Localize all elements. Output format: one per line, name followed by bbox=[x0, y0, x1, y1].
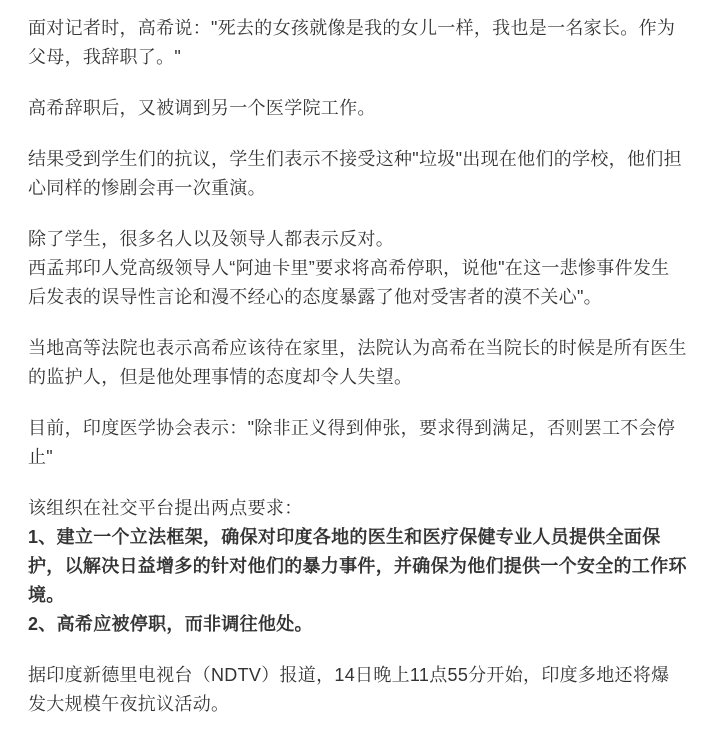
article-paragraph: 当地高等法院也表示高希应该待在家里，法院认为高希在当院长的时候是所有医生的监护人… bbox=[28, 334, 687, 392]
article-paragraph: 结果受到学生们的抗议，学生们表示不接受这种"垃圾"出现在他们的学校，他们担心同样… bbox=[28, 145, 687, 203]
article-paragraph: 高希辞职后，又被调到另一个医学院工作。 bbox=[28, 94, 687, 123]
demand-list-item: 2、高希应被停职，而非调往他处。 bbox=[28, 610, 687, 639]
demand-list-item: 1、建立一个立法框架，确保对印度各地的医生和医疗保健专业人员提供全面保护，以解决… bbox=[28, 523, 687, 610]
paragraph-list: 面对记者时，高希说："死去的女孩就像是我的女儿一样，我也是一名家长。作为父母，我… bbox=[28, 14, 687, 719]
article-paragraph: 除了学生，很多名人以及领导人都表示反对。 bbox=[28, 225, 687, 254]
article-paragraph: 西孟邦印人党高级领导人“阿迪卡里”要求将高希停职，说他"在这一悲惨事件发生后发表… bbox=[28, 254, 687, 312]
article-paragraph: 面对记者时，高希说："死去的女孩就像是我的女儿一样，我也是一名家长。作为父母，我… bbox=[28, 14, 687, 72]
article-paragraph: 目前，印度医学协会表示："除非正义得到伸张，要求得到满足，否则罢工不会停止" bbox=[28, 414, 687, 472]
article-paragraph: 该组织在社交平台提出两点要求： bbox=[28, 494, 687, 523]
article-paragraph: 据印度新德里电视台（NDTV）报道，14日晚上11点55分开始，印度多地还将爆发… bbox=[28, 661, 687, 719]
article-body: 面对记者时，高希说："死去的女孩就像是我的女儿一样，我也是一名家长。作为父母，我… bbox=[0, 0, 715, 719]
